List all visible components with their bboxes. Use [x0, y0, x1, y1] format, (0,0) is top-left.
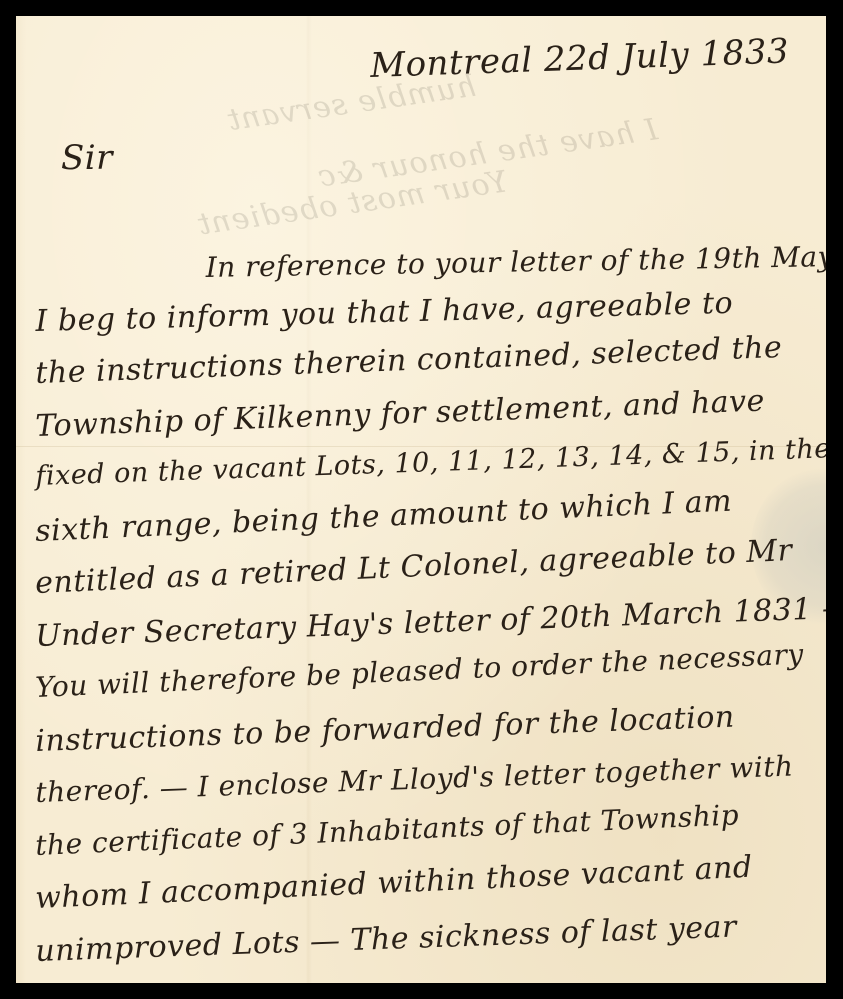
- letter-line: the certificate of 3 Inhabitants of that…: [35, 798, 740, 862]
- letter-line: fixed on the vacant Lots, 10, 11, 12, 13…: [35, 433, 826, 492]
- letter-line: Township of Kilkenny for settlement, and…: [35, 384, 766, 444]
- letter-salutation: Sir: [61, 138, 113, 178]
- letter-line: whom I accompanied within those vacant a…: [34, 850, 753, 916]
- letter-line: In reference to your letter of the 19th …: [205, 239, 826, 284]
- letter-page: humble servant I have the honour &c Your…: [16, 16, 826, 983]
- letter-place-date: Montreal 22d July 1833: [370, 31, 790, 86]
- letter-line: unimproved Lots — The sickness of last y…: [35, 910, 738, 969]
- letter-line: the instructions therein contained, sele…: [35, 330, 783, 391]
- letter-line: I beg to inform you that I have, agreeab…: [35, 286, 733, 339]
- letter-line: instructions to be forwarded for the loc…: [35, 700, 735, 759]
